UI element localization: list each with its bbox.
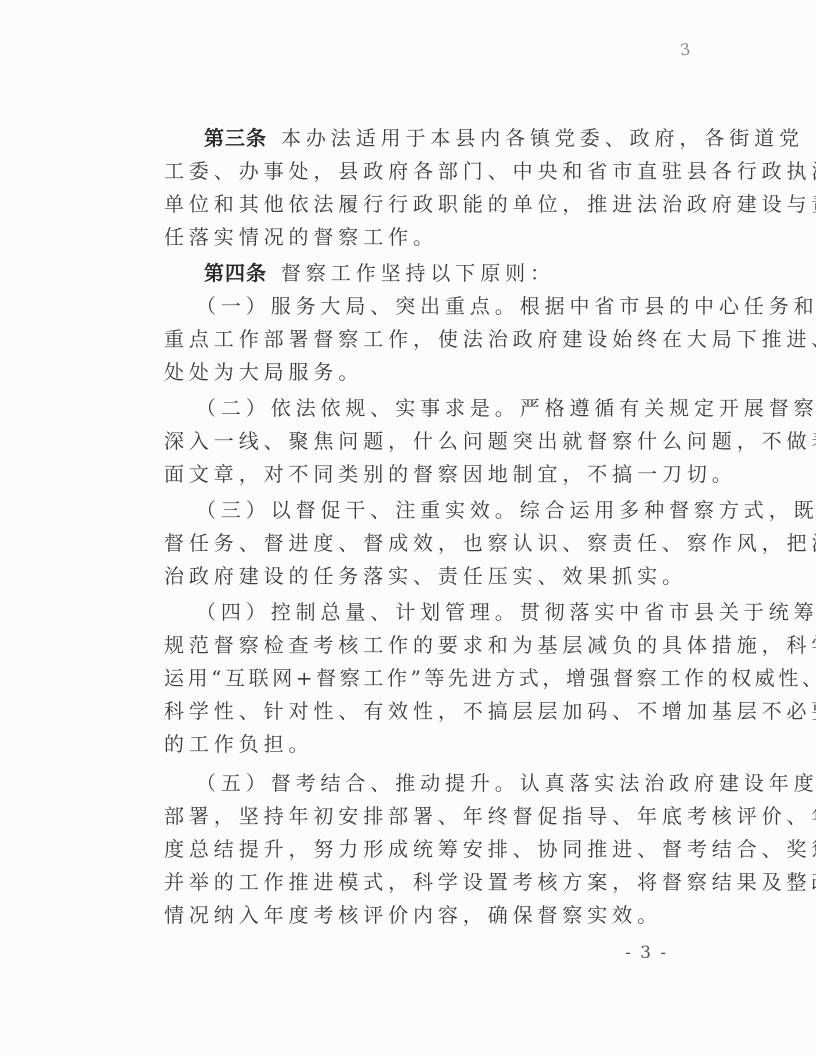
text-line: 工委、办事处，县政府各部门、中央和省市直驻县各行政执法 [164,155,664,188]
article-label: 第三条 [204,126,267,150]
text-line: （五）督考结合、推动提升。认真落实法治政府建设年度 [164,767,664,800]
text-line: 督任务、督进度、督成效，也察认识、察责任、察作风，把法 [164,527,664,560]
text-line: 单位和其他依法履行行政职能的单位，推进法治政府建设与责 [164,188,664,221]
text-line: （一）服务大局、突出重点。根据中省市县的中心任务和 [164,290,664,323]
principle-2: （二）依法依规、实事求是。严格遵循有关规定开展督察， 深入一线、聚焦问题，什么问… [164,392,664,491]
text-line: 并举的工作推进模式，科学设置考核方案，将督察结果及整改 [164,866,664,899]
text-line: 重点工作部署督察工作，使法治政府建设始终在大局下推进、 [164,323,664,356]
text-line: （三）以督促干、注重实效。综合运用多种督察方式，既 [164,494,664,527]
text-line: 的工作负担。 [164,728,664,761]
text-line: 运用“互联网+督察工作”等先进方式，增强督察工作的权威性、 [164,662,664,695]
text-line: 度总结提升，努力形成统筹安排、协同推进、督考结合、奖惩 [164,833,664,866]
text-span: 督察工作坚持以下原则： [281,261,555,285]
principle-4: （四）控制总量、计划管理。贯彻落实中省市县关于统筹 规范督察检查考核工作的要求和… [164,596,664,761]
article-3: 第三条本办法适用于本县内各镇党委、政府，各街道党 工委、办事处，县政府各部门、中… [164,122,664,254]
document-body: 第三条本办法适用于本县内各镇党委、政府，各街道党 工委、办事处，县政府各部门、中… [164,122,664,932]
text-line: 深入一线、聚焦问题，什么问题突出就督察什么问题，不做表 [164,425,664,458]
text-line: 处处为大局服务。 [164,356,664,389]
document-page: 3 第三条本办法适用于本县内各镇党委、政府，各街道党 工委、办事处，县政府各部门… [0,0,816,1056]
text-line: 规范督察检查考核工作的要求和为基层减负的具体措施，科学 [164,629,664,662]
principle-5: （五）督考结合、推动提升。认真落实法治政府建设年度 部署，坚持年初安排部署、年终… [164,767,664,932]
article-4: 第四条督察工作坚持以下原则： [164,257,664,290]
text-line: 科学性、针对性、有效性，不搞层层加码、不增加基层不必要 [164,695,664,728]
principle-3: （三）以督促干、注重实效。综合运用多种督察方式，既 督任务、督进度、督成效，也察… [164,494,664,593]
handwritten-page-mark: 3 [679,39,692,59]
text-span: 本办法适用于本县内各镇党委、政府，各街道党 [281,126,804,150]
text-line: 第四条督察工作坚持以下原则： [164,257,664,290]
text-line: （四）控制总量、计划管理。贯彻落实中省市县关于统筹 [164,596,664,629]
text-line: 治政府建设的任务落实、责任压实、效果抓实。 [164,560,664,593]
text-line: 第三条本办法适用于本县内各镇党委、政府，各街道党 [164,122,664,155]
text-line: 部署，坚持年初安排部署、年终督促指导、年底考核评价、年 [164,800,664,833]
page-number: - 3 - [625,943,668,963]
text-line: 任落实情况的督察工作。 [164,221,664,254]
text-line: （二）依法依规、实事求是。严格遵循有关规定开展督察， [164,392,664,425]
article-label: 第四条 [204,261,267,285]
text-line: 情况纳入年度考核评价内容，确保督察实效。 [164,899,664,932]
text-line: 面文章，对不同类别的督察因地制宜，不搞一刀切。 [164,458,664,491]
principle-1: （一）服务大局、突出重点。根据中省市县的中心任务和 重点工作部署督察工作，使法治… [164,290,664,389]
